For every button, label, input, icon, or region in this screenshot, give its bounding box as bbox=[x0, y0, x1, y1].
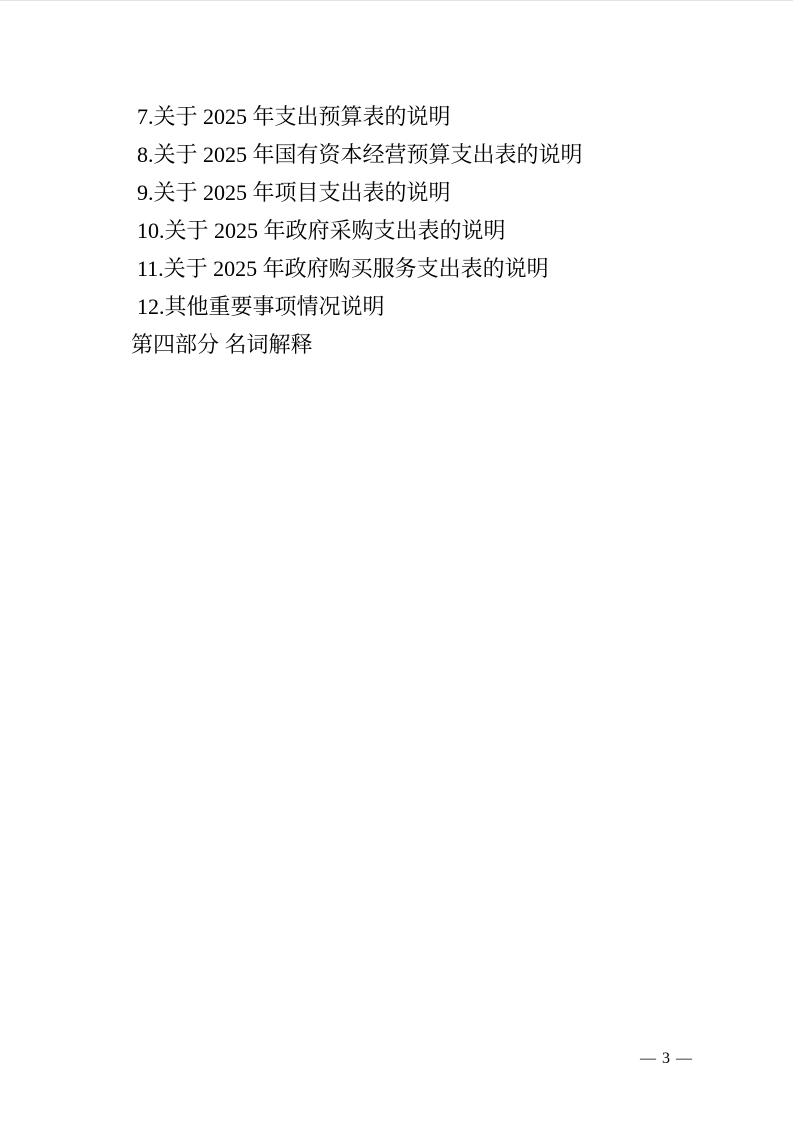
toc-item: 8.关于 2025 年国有资本经营预算支出表的说明 bbox=[131, 136, 583, 174]
toc-item: 9.关于 2025 年项目支出表的说明 bbox=[131, 174, 583, 212]
toc-item: 7.关于 2025 年支出预算表的说明 bbox=[131, 98, 583, 136]
document-page: 7.关于 2025 年支出预算表的说明 8.关于 2025 年国有资本经营预算支… bbox=[0, 0, 793, 1123]
section-heading: 第四部分 名词解释 bbox=[131, 326, 583, 364]
toc-item: 12.其他重要事项情况说明 bbox=[131, 288, 583, 326]
table-of-contents: 7.关于 2025 年支出预算表的说明 8.关于 2025 年国有资本经营预算支… bbox=[131, 98, 583, 364]
toc-item: 10.关于 2025 年政府采购支出表的说明 bbox=[131, 212, 583, 250]
page-number: — 3 — bbox=[640, 1049, 693, 1069]
toc-item: 11.关于 2025 年政府购买服务支出表的说明 bbox=[131, 250, 583, 288]
